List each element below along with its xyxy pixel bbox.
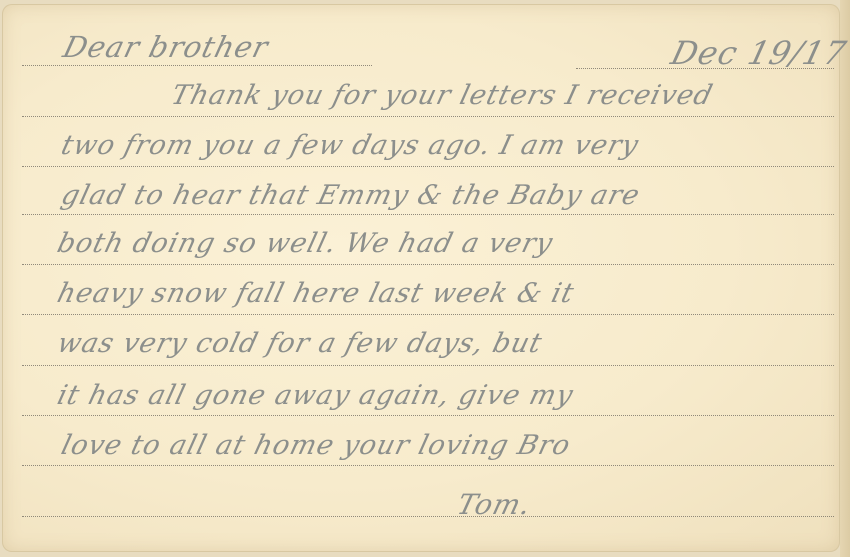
- letter-line-7: it has all gone away again, give my: [54, 380, 577, 411]
- signature: Tom.: [454, 488, 535, 521]
- rule-line-3: [22, 166, 834, 167]
- rule-line-8: [22, 415, 834, 416]
- rule-line-9: [22, 465, 834, 466]
- rule-line-2: [22, 116, 834, 117]
- rule-line-6: [22, 314, 834, 315]
- letter-line-6: was very cold for a few days, but: [54, 328, 545, 359]
- date: Dec 19/17: [667, 34, 850, 72]
- letter-line-3: glad to hear that Emmy & the Baby are: [58, 180, 643, 211]
- card-edge-shadow: [840, 0, 850, 557]
- letter-line-1: Thank you for your letters I received: [168, 80, 716, 111]
- rule-line-7: [22, 365, 834, 366]
- letter-line-8: love to all at home your loving Bro: [58, 430, 574, 461]
- rule-line-1a: [22, 65, 372, 66]
- rule-line-10: [22, 516, 834, 517]
- rule-line-4: [22, 214, 834, 215]
- salutation: Dear brother: [60, 30, 273, 64]
- letter-line-2: two from you a few days ago. I am very: [58, 130, 642, 161]
- rule-line-5: [22, 264, 834, 265]
- letter-line-5: heavy snow fall here last week & it: [54, 278, 577, 309]
- letter-line-4: both doing so well. We had a very: [54, 228, 556, 259]
